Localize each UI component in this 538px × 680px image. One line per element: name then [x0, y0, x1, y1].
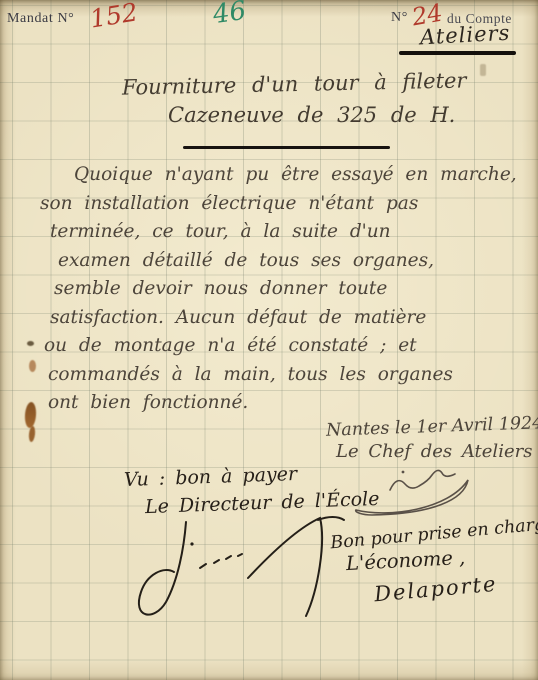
body-line: semble devoir nous donner toute	[54, 275, 528, 304]
body-line: ou de montage n'a été constaté ; et	[44, 332, 528, 361]
body-line: commandés à la main, tous les organes	[48, 361, 528, 390]
body-line: terminée, ce tour, à la suite d'un	[50, 218, 528, 247]
approval-line: Vu : bon à payer	[124, 463, 298, 491]
compte-no-label: N°	[391, 10, 408, 26]
body-line: Quoique n'ayant pu être essayé en marche…	[74, 161, 528, 190]
rust-stain	[27, 341, 34, 346]
director-signature	[66, 508, 366, 647]
paper-smudge	[480, 64, 486, 76]
account-name: Ateliers	[419, 21, 510, 50]
rust-stain	[29, 360, 36, 372]
mandat-number-value: 152	[88, 0, 140, 34]
rust-stain	[28, 426, 36, 443]
chef-role-line: Le Chef des Ateliers	[336, 441, 532, 462]
body-paragraph: Quoique n'ayant pu être essayé en marche…	[38, 161, 528, 418]
body-line: satisfaction. Aucun défaut de matière	[50, 304, 528, 333]
document-title-line2: Cazeneuve de 325 de H.	[168, 103, 455, 127]
econome-role-line: L'économe ,	[345, 546, 465, 575]
body-line: ont bien fonctionné.	[48, 389, 528, 418]
title-divider	[183, 146, 390, 149]
body-line: son installation électrique n'étant pas	[40, 190, 528, 219]
reference-number: 46	[211, 0, 248, 30]
scanned-document-page: Mandat N° 152 46 N° 24 du Compte Atelier…	[0, 0, 538, 680]
account-underline	[399, 51, 516, 55]
econome-signature-name: Delaporte	[373, 572, 498, 607]
mandat-number-label: Mandat N°	[7, 11, 74, 27]
body-line: examen détaillé de tous ses organes,	[58, 247, 528, 276]
document-title-line1: Fourniture d'un tour à fileter	[122, 68, 467, 99]
rust-stain	[24, 402, 37, 429]
